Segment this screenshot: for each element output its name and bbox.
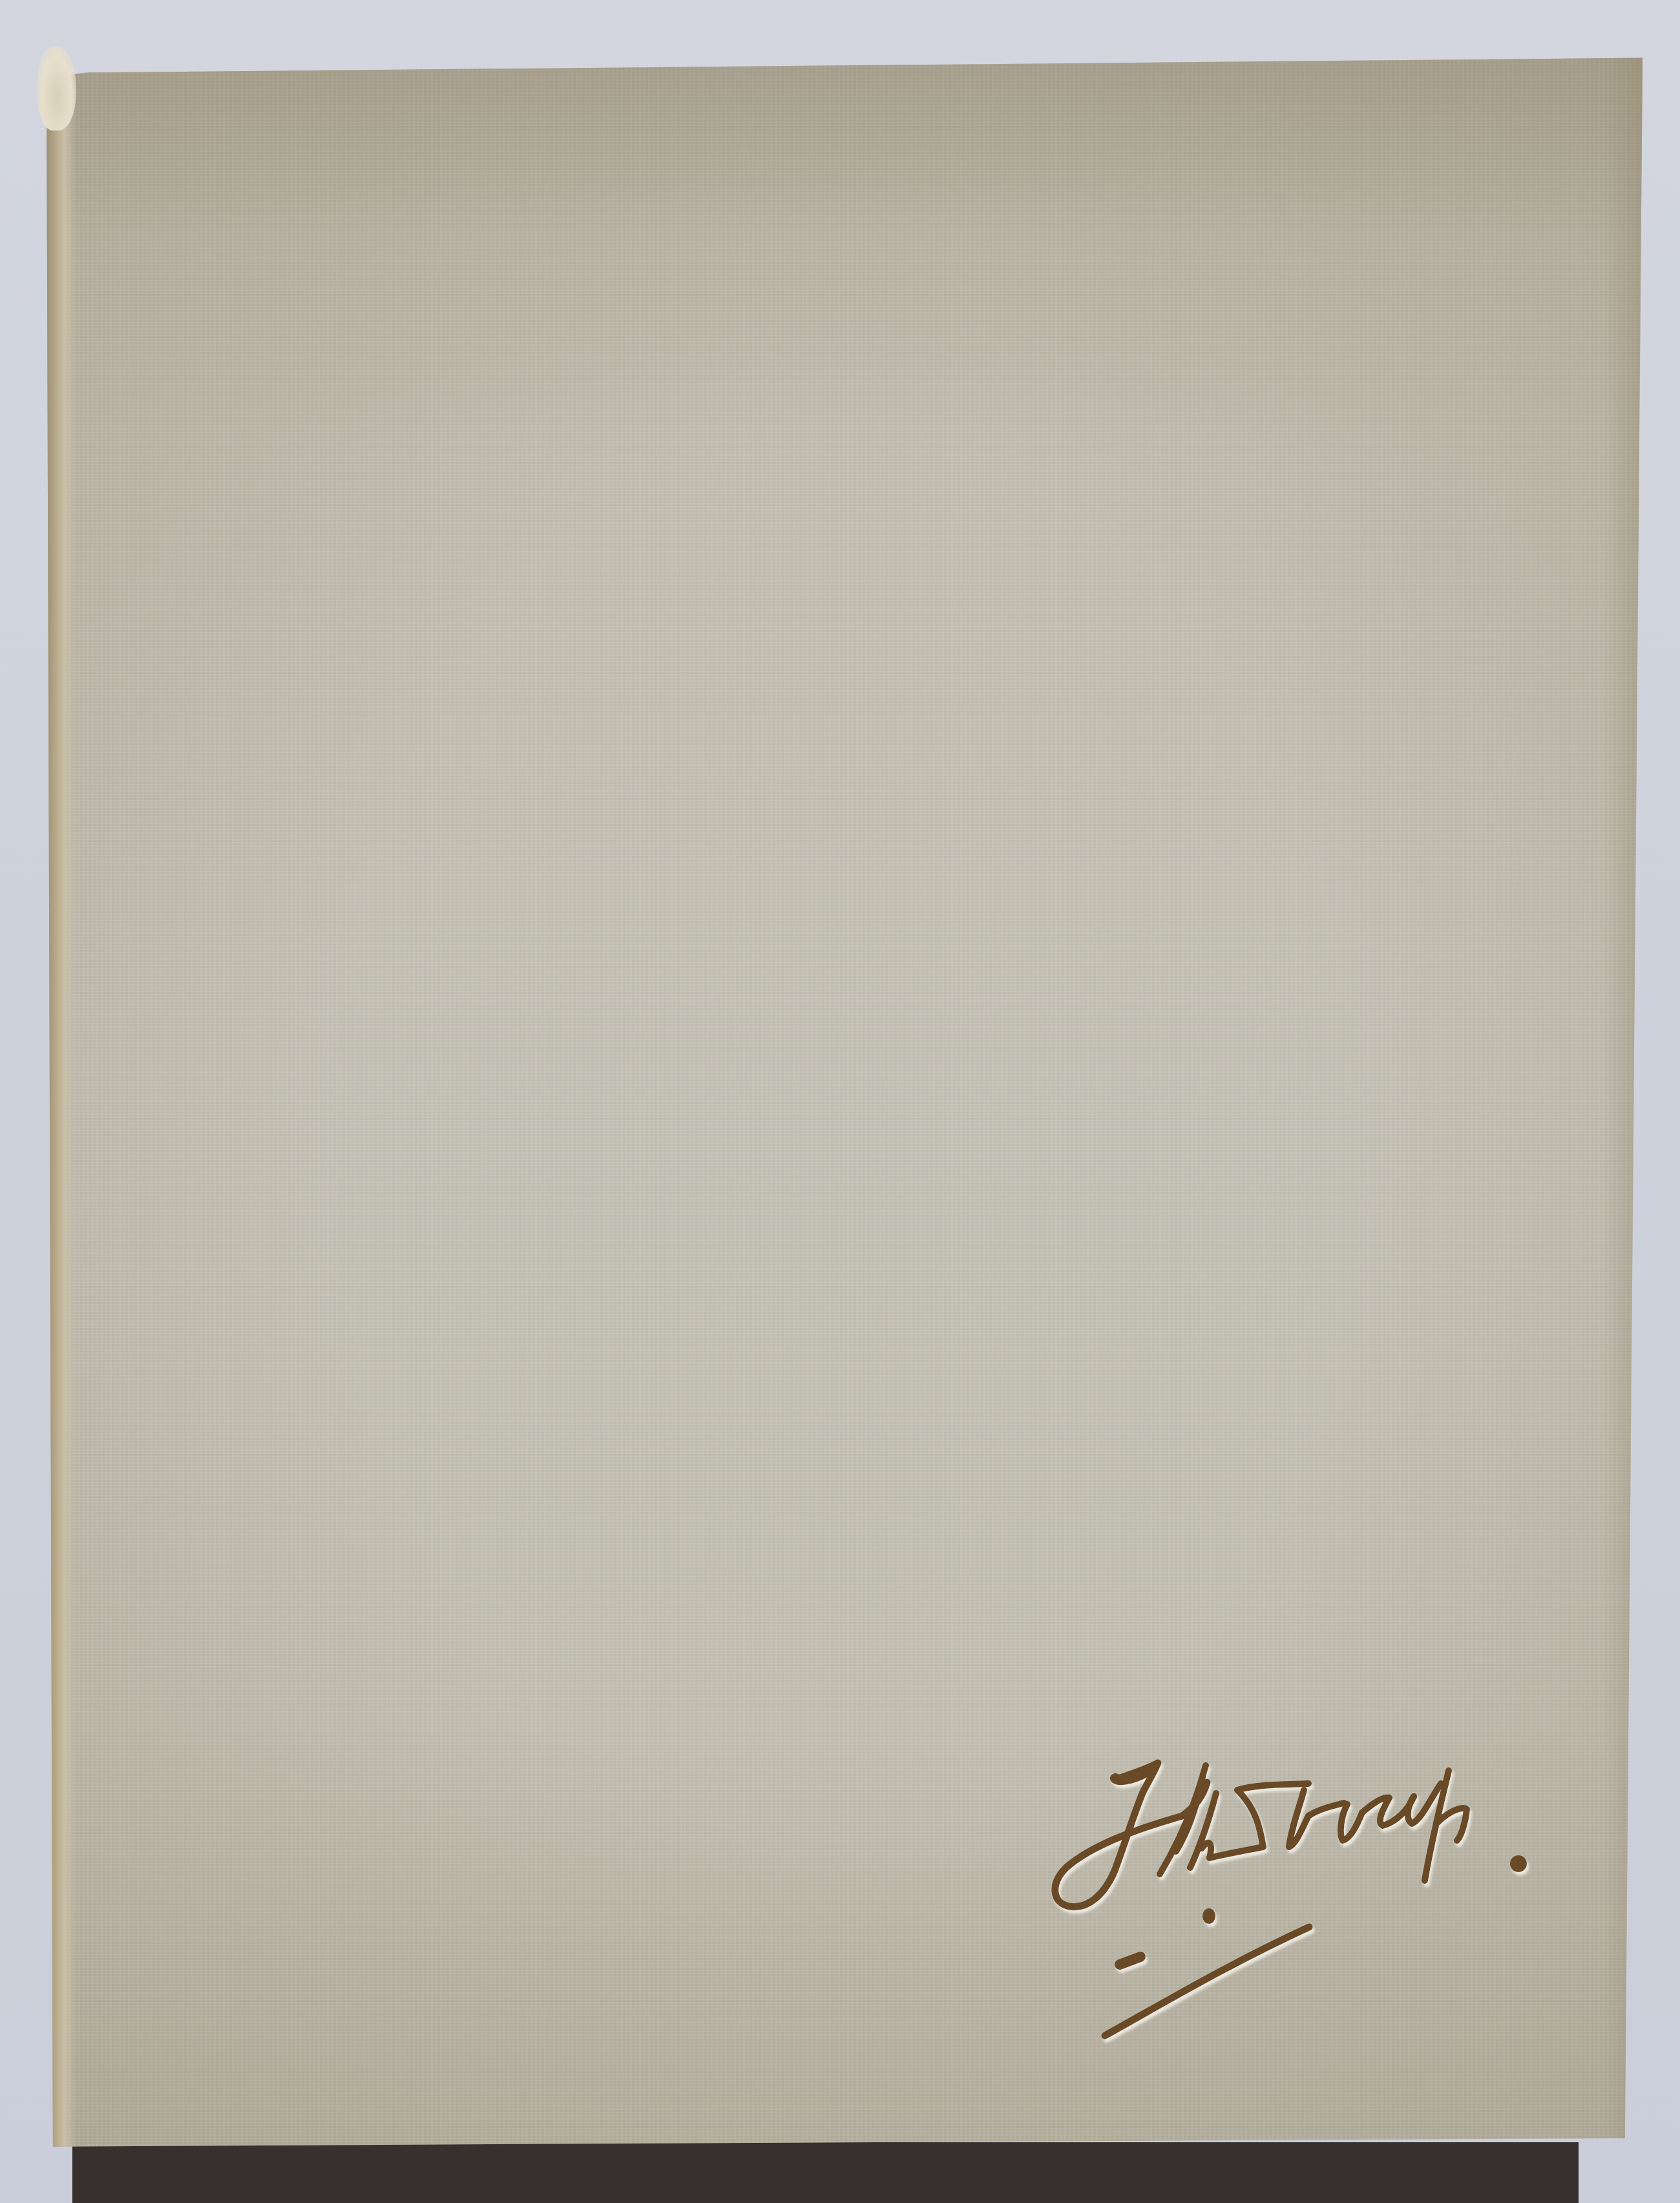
top-discoloration xyxy=(47,45,1643,239)
book-cover xyxy=(47,45,1643,2149)
dark-stand xyxy=(72,2142,1579,2203)
frayed-corner xyxy=(37,47,76,131)
spine-edge xyxy=(47,71,76,2149)
photo-scene: J Th Toorop. xyxy=(0,0,1680,2203)
right-edge-shading xyxy=(1604,45,1643,2149)
linen-texture xyxy=(47,45,1643,2149)
